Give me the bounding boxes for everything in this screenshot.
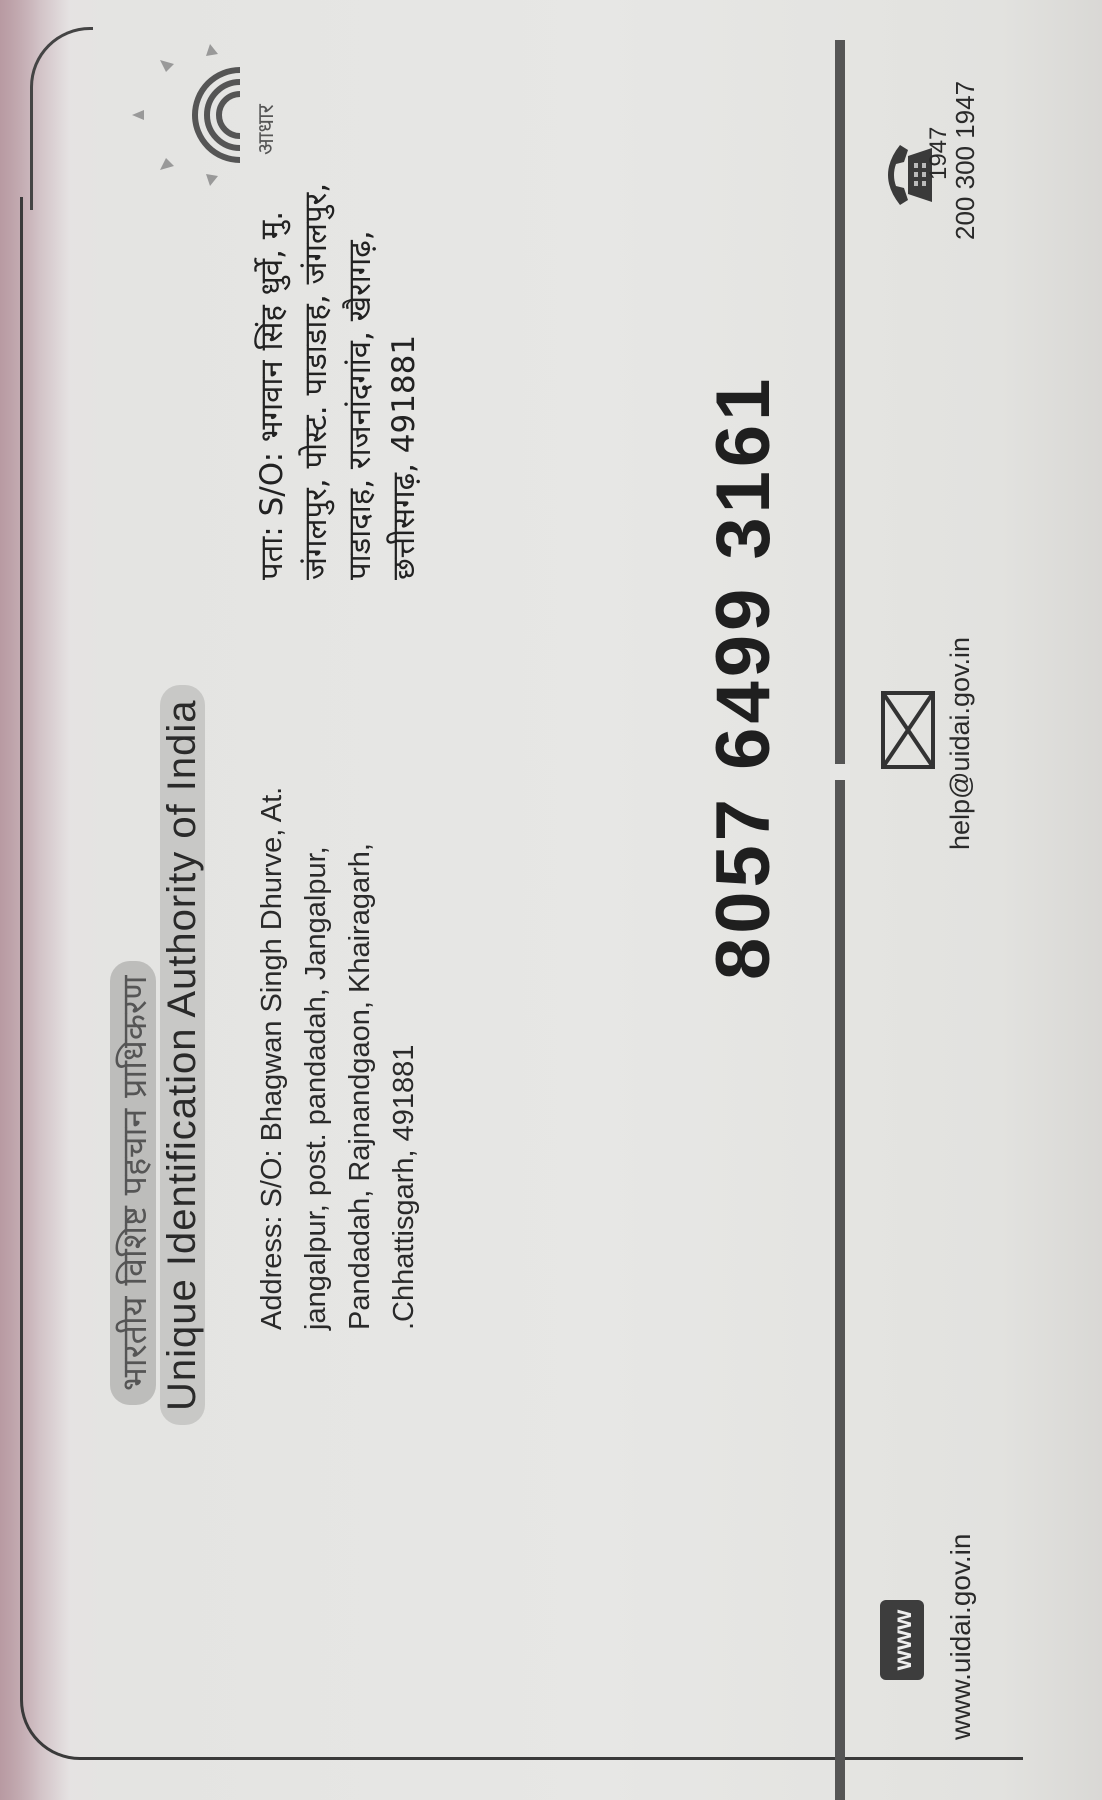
www-badge: www (880, 1600, 924, 1680)
email-link[interactable]: help@uidai.gov.in (945, 637, 976, 850)
tollfree-short: 1947 (925, 127, 953, 180)
address-hindi-line: जंगलपुर, पोस्ट. पाडाडाह, जंगलपुर, (294, 20, 338, 580)
aadhaar-number: 8057 6499 3161 (700, 375, 787, 980)
address-english-line: .Chhattisgarh, 491881 (382, 610, 426, 1330)
envelope-icon (880, 690, 936, 770)
divider-rule (835, 40, 845, 1800)
address-english-line: Pandadah, Rajnandgaon, Khairagarh, (338, 610, 382, 1330)
card-corner (30, 27, 93, 210)
address-english-line: jangalpur, post. pandadah, Jangalpur, (294, 610, 338, 1330)
tollfree-number[interactable]: 200 300 1947 (950, 81, 981, 240)
authority-title-english: Unique Identification Authority of India (160, 685, 205, 1425)
address-hindi-line: छत्तीसगढ़, 491881 (382, 20, 426, 580)
aadhaar-logo-icon (130, 40, 260, 190)
address-english-line: Address: S/O: Bhagwan Singh Dhurve, At. (250, 610, 294, 1330)
aadhaar-card-back: भारतीय विशिष्ट पहचान प्राधिकरण Unique Id… (0, 0, 1102, 1800)
address-hindi: पता: S/O: भगवान सिंह धुर्वे, मु. जंगलपुर… (250, 20, 426, 580)
address-hindi-line: पता: S/O: भगवान सिंह धुर्वे, मु. (250, 20, 294, 580)
address-hindi-line: पाडादाह, राजनांदगांव, खैरागढ़, (338, 20, 382, 580)
website-link[interactable]: www.uidai.gov.in (945, 1534, 977, 1740)
divider-gap (830, 764, 850, 780)
address-english: Address: S/O: Bhagwan Singh Dhurve, At. … (250, 610, 426, 1330)
authority-title-hindi: भारतीय विशिष्ट पहचान प्राधिकरण (110, 961, 156, 1405)
